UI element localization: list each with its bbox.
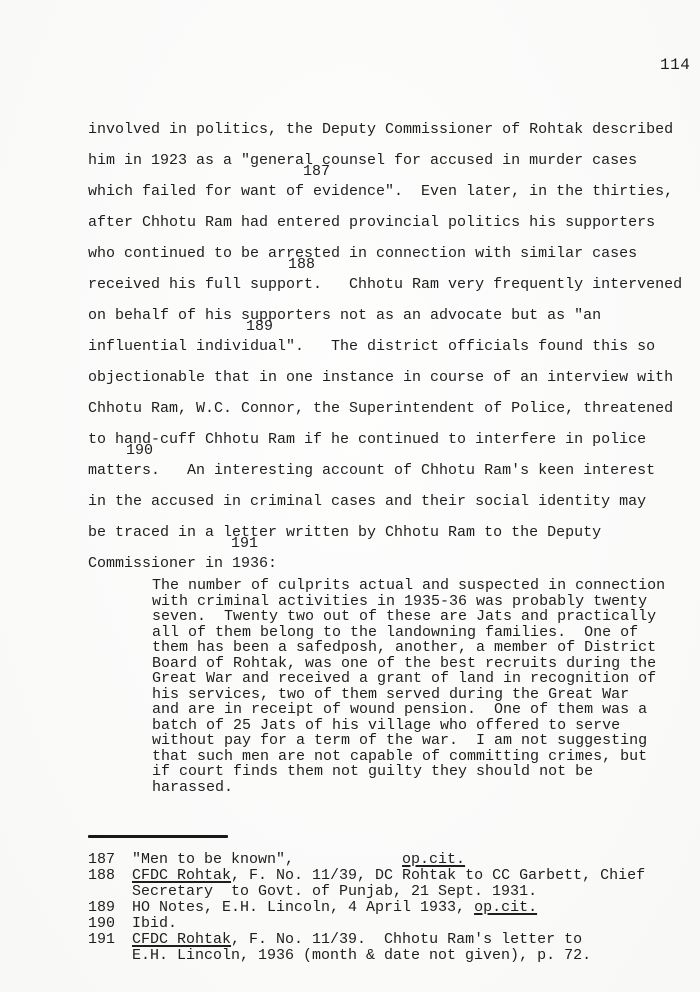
- body-line: after Chhotu Ram had entered provincial …: [88, 207, 682, 238]
- footnote-segment: HO Notes, E.H. Lincoln, 4 April 1933,: [132, 899, 474, 916]
- footnote-row: 191CFDC Rohtak, F. No. 11/39. Chhotu Ram…: [88, 932, 645, 964]
- body-line: which failed for want of evidence". Even…: [88, 176, 682, 207]
- footnote-row: 188CFDC Rohtak, F. No. 11/39, DC Rohtak …: [88, 868, 645, 900]
- quote-line: batch of 25 Jats of his village who offe…: [152, 718, 665, 734]
- quote-line: them has been a safedposh, another, a me…: [152, 640, 665, 656]
- footnote-segment: op.cit.: [474, 899, 537, 916]
- quote-line: Board of Rohtak, was one of the best rec…: [152, 656, 665, 672]
- page-number: 114: [660, 56, 690, 74]
- body-line: matters. An interesting account of Chhot…: [88, 455, 682, 486]
- quote-line: and are in receipt of wound pension. One…: [152, 702, 665, 718]
- block-quote: The number of culprits actual and suspec…: [152, 578, 665, 795]
- body-line: who continued to be arrested in connecti…: [88, 238, 682, 269]
- quote-line: The number of culprits actual and suspec…: [152, 578, 665, 594]
- footnote-ref: 189: [246, 319, 273, 334]
- footnote-ref: 190: [126, 443, 153, 458]
- footnote-segment: CFDC Rohtak: [132, 867, 231, 884]
- footnote-ref: 191: [231, 536, 258, 551]
- body-line: received his full support. Chhotu Ram ve…: [88, 269, 682, 300]
- body-line: Chhotu Ram, W.C. Connor, the Superintend…: [88, 393, 682, 424]
- body-line: influential individual". The district of…: [88, 331, 682, 362]
- footnote-text: Ibid.: [132, 916, 177, 932]
- quote-line: Great War and received a grant of land i…: [152, 671, 665, 687]
- footnote-row: 189HO Notes, E.H. Lincoln, 4 April 1933,…: [88, 900, 645, 916]
- footnote-number: 187: [88, 852, 132, 868]
- footnote-separator: [88, 835, 228, 838]
- quote-line: if court finds them not guilty they shou…: [152, 764, 665, 780]
- footnote-text: "Men to be known", op.cit.: [132, 852, 465, 868]
- footnote-row: 187"Men to be known", op.cit.: [88, 852, 645, 868]
- quote-line: with criminal activities in 1935-36 was …: [152, 594, 665, 610]
- quote-line: harassed.: [152, 780, 665, 796]
- body-line: objectionable that in one instance in co…: [88, 362, 682, 393]
- body-line: be traced in a letter written by Chhotu …: [88, 517, 682, 548]
- footnote-number: 188: [88, 868, 132, 884]
- quote-line: that such men are not capable of committ…: [152, 749, 665, 765]
- footnote-segment: "Men to be known",: [132, 851, 402, 868]
- footnote-row: 190Ibid.: [88, 916, 645, 932]
- footnotes: 187"Men to be known", op.cit.188CFDC Roh…: [88, 852, 645, 964]
- main-text: involved in politics, the Deputy Commiss…: [88, 114, 682, 579]
- footnote-number: 190: [88, 916, 132, 932]
- footnote-segment: Ibid.: [132, 915, 177, 932]
- footnote-ref: 188: [288, 257, 315, 272]
- footnote-text: HO Notes, E.H. Lincoln, 4 April 1933, op…: [132, 900, 537, 916]
- quote-line: seven. Twenty two out of these are Jats …: [152, 609, 665, 625]
- quote-line: his services, two of them served during …: [152, 687, 665, 703]
- footnote-ref: 187: [303, 164, 330, 179]
- body-line: to hand-cuff Chhotu Ram if he continued …: [88, 424, 682, 455]
- footnote-number: 191: [88, 932, 132, 948]
- footnote-text: CFDC Rohtak, F. No. 11/39, DC Rohtak to …: [132, 868, 645, 900]
- footnote-segment: op.cit.: [402, 851, 465, 868]
- footnote-text: CFDC Rohtak, F. No. 11/39. Chhotu Ram's …: [132, 932, 591, 964]
- quote-line: all of them belong to the landowning fam…: [152, 625, 665, 641]
- body-line: in the accused in criminal cases and the…: [88, 486, 682, 517]
- body-line: on behalf of his supporters not as an ad…: [88, 300, 682, 331]
- footnote-number: 189: [88, 900, 132, 916]
- footnote-segment: CFDC Rohtak: [132, 931, 231, 948]
- document-page: 114 involved in politics, the Deputy Com…: [0, 0, 700, 992]
- body-line: Commissioner in 1936:191: [88, 548, 682, 579]
- quote-line: without pay for a term of the war. I am …: [152, 733, 665, 749]
- body-line: him in 1923 as a "general counsel for ac…: [88, 145, 682, 176]
- body-line: involved in politics, the Deputy Commiss…: [88, 114, 682, 145]
